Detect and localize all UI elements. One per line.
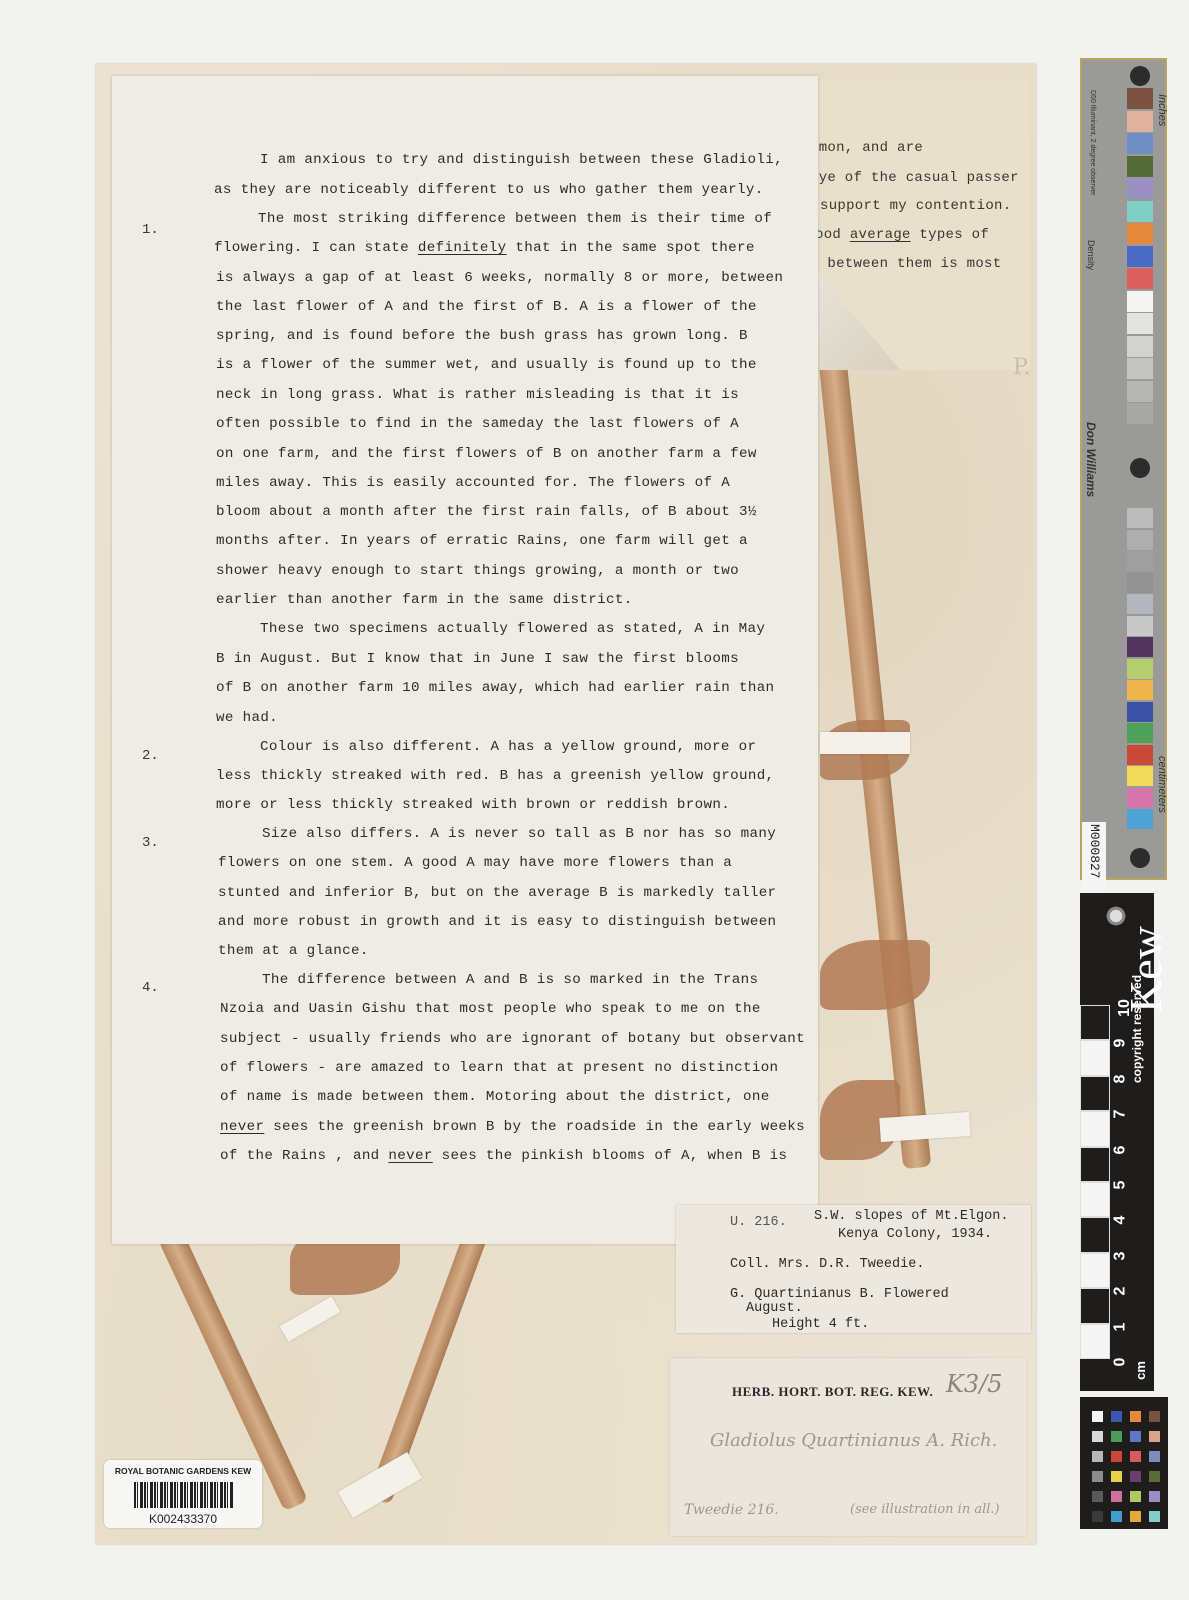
scale-digit: 5 — [1111, 1181, 1129, 1190]
checker-swatch — [1130, 1471, 1141, 1482]
letter-line: more or less thickly streaked with brown… — [216, 797, 730, 813]
letter-line: of B on another farm 10 miles away, whic… — [216, 680, 774, 696]
inches-label: Inches — [1156, 94, 1168, 126]
color-swatch — [1127, 530, 1153, 550]
letter-line: Colour is also different. A has a yellow… — [260, 739, 756, 755]
color-swatch — [1127, 246, 1153, 267]
checker-swatch — [1092, 1491, 1103, 1502]
scale-segment — [1080, 1111, 1110, 1146]
checker-swatch — [1130, 1491, 1141, 1502]
hole-icon — [1130, 848, 1150, 868]
scale-segment — [1080, 1147, 1110, 1182]
checker-swatch — [1149, 1511, 1160, 1522]
hole-icon — [1130, 458, 1150, 478]
scale-digit: 1 — [1111, 1322, 1129, 1331]
color-checker — [1080, 1397, 1168, 1529]
letter-line: and more robust in growth and it is easy… — [218, 914, 776, 930]
scale-digit: 4 — [1111, 1216, 1129, 1225]
checker-swatch — [1092, 1411, 1103, 1422]
checker-swatch — [1111, 1411, 1122, 1422]
density-label: Density — [1086, 240, 1096, 270]
letter-line: neck in long grass. What is rather misle… — [216, 387, 739, 403]
collection-label: U. 216. S.W. slopes of Mt.Elgon. Kenya C… — [676, 1205, 1031, 1333]
letter-line: months after. In years of erratic Rains,… — [216, 533, 748, 549]
scale-segment — [1080, 1324, 1110, 1359]
back-page-line: mmon, and are — [810, 140, 923, 156]
letter-line: less thickly streaked with red. B has a … — [216, 768, 774, 784]
checker-swatch — [1149, 1471, 1160, 1482]
color-swatch — [1127, 111, 1153, 132]
letter-line: them at a glance. — [218, 943, 369, 959]
scale-segment — [1080, 1182, 1110, 1217]
collector: Coll. Mrs. D.R. Tweedie. — [730, 1257, 924, 1272]
color-swatch — [1127, 702, 1153, 722]
handwritten-species-name: Gladiolus Quartinianus A. Rich. — [710, 1430, 997, 1451]
letter-line: never sees the greenish brown B by the r… — [220, 1119, 805, 1135]
letter-line: we had. — [216, 710, 278, 726]
determination-line-1: G. Quartinianus B. Flowered — [730, 1287, 949, 1302]
scale-digit: 6 — [1111, 1145, 1129, 1154]
checker-swatch — [1092, 1431, 1103, 1442]
illuminant-label: D50 Illuminant, 2 degree observer — [1089, 90, 1096, 195]
section-number: 3. — [142, 835, 159, 851]
section-number: 1. — [142, 222, 159, 238]
kew-scale-bar: Kew copyright reserved cm 012345678910 — [1080, 893, 1154, 1391]
section-number: 4. — [142, 980, 159, 996]
color-swatch — [1127, 766, 1153, 786]
scale-digit: 10 — [1116, 999, 1134, 1017]
color-swatch — [1127, 616, 1153, 636]
checker-swatch — [1092, 1451, 1103, 1462]
pencil-mark: P. — [1013, 355, 1030, 380]
checker-swatch — [1111, 1511, 1122, 1522]
checker-swatch — [1130, 1411, 1141, 1422]
color-swatch — [1127, 788, 1153, 808]
scale-segment — [1080, 1253, 1110, 1288]
letter-line: flowers on one stem. A good A may have m… — [218, 855, 732, 871]
color-swatch — [1127, 573, 1153, 593]
determination-line-2: August. — [746, 1301, 803, 1316]
checker-swatch — [1149, 1451, 1160, 1462]
color-swatch — [1127, 594, 1153, 614]
herbarium-label: HERB. HORT. BOT. REG. KEW. K3/5 Gladiolu… — [670, 1358, 1026, 1536]
color-calibration-bar: Inches centimeters D50 Illuminant, 2 deg… — [1080, 58, 1167, 880]
cm-label: cm — [1133, 1361, 1148, 1380]
back-page-line: eye of the casual passer — [810, 170, 1019, 186]
checker-swatch — [1092, 1471, 1103, 1482]
collector-number: U. 216. — [730, 1215, 787, 1230]
centimeters-label: centimeters — [1156, 756, 1168, 813]
color-swatch — [1127, 133, 1153, 154]
letter-line: as they are noticeably different to us w… — [214, 182, 764, 198]
letter-line: The most striking difference between the… — [258, 211, 772, 227]
scale-segment — [1080, 1005, 1110, 1040]
color-swatch — [1127, 403, 1153, 424]
color-swatch — [1127, 201, 1153, 222]
letter-line: of the Rains , and never sees the pinkis… — [220, 1148, 787, 1164]
scale-digit: 8 — [1111, 1074, 1129, 1083]
locality-line-2: Kenya Colony, 1934. — [838, 1227, 992, 1242]
scale-digit: 9 — [1111, 1039, 1129, 1048]
checker-swatch — [1149, 1491, 1160, 1502]
color-swatch — [1127, 637, 1153, 657]
back-page-line: support my contention. — [820, 198, 1011, 214]
color-swatch — [1127, 178, 1153, 199]
color-swatch — [1127, 223, 1153, 244]
letter-line: of name is made between them. Motoring a… — [220, 1089, 770, 1105]
scale-digit: 7 — [1111, 1110, 1129, 1119]
letter-line: The difference between A and B is so mar… — [262, 972, 758, 988]
scale-digit: 2 — [1111, 1287, 1129, 1296]
letter-line: These two specimens actually flowered as… — [260, 621, 765, 637]
checker-swatch — [1130, 1451, 1141, 1462]
hole-icon — [1130, 66, 1150, 86]
letter-line: stunted and inferior B, but on the avera… — [218, 885, 776, 901]
letter-line: spring, and is found before the bush gra… — [216, 328, 748, 344]
color-swatch — [1127, 381, 1153, 402]
letter-line: is always a gap of at least 6 weeks, nor… — [216, 270, 783, 286]
letter-line: flowering. I can state definitely that i… — [214, 240, 755, 256]
color-swatch — [1127, 268, 1153, 289]
copyright-label: copyright reserved — [1130, 975, 1144, 1083]
color-swatch — [1127, 336, 1153, 357]
section-number: 2. — [142, 748, 159, 764]
letter-line: the last flower of A and the first of B.… — [216, 299, 757, 315]
color-swatch — [1127, 680, 1153, 700]
letter-line: is a flower of the summer wet, and usual… — [216, 357, 757, 373]
color-swatch — [1127, 291, 1153, 312]
letter-line: miles away. This is easily accounted for… — [216, 475, 730, 491]
scale-segment — [1080, 1217, 1110, 1252]
letter-line: Nzoia and Uasin Gishu that most people w… — [220, 1001, 761, 1017]
color-swatch — [1127, 659, 1153, 679]
color-swatch — [1127, 745, 1153, 765]
locality-line-1: S.W. slopes of Mt.Elgon. — [814, 1209, 1008, 1224]
letter-line: of flowers - are amazed to learn that at… — [220, 1060, 778, 1076]
checker-swatch — [1111, 1491, 1122, 1502]
handwritten-note: (see illustration in all.) — [850, 1502, 1000, 1517]
back-page-line: ood average types of — [815, 227, 989, 243]
back-page-line: e between them is most — [810, 256, 1001, 272]
handwritten-collector: Tweedie 216. — [684, 1502, 779, 1518]
mounting-tape — [820, 732, 910, 754]
color-swatch — [1127, 809, 1153, 829]
scale-digit: 0 — [1111, 1358, 1129, 1367]
color-swatch — [1127, 508, 1153, 528]
letter-line: often possible to find in the sameday th… — [216, 416, 739, 432]
letter-line: B in August. But I know that in June I s… — [216, 651, 739, 667]
checker-swatch — [1130, 1431, 1141, 1442]
checker-swatch — [1111, 1471, 1122, 1482]
color-swatch — [1127, 156, 1153, 177]
scale-segment — [1080, 1040, 1110, 1075]
plant-leaf — [820, 940, 930, 1010]
color-swatch — [1127, 358, 1153, 379]
checker-swatch — [1111, 1451, 1122, 1462]
letter-line: on one farm, and the first flowers of B … — [216, 446, 757, 462]
scale-digit: 3 — [1111, 1251, 1129, 1260]
letter-line: I am anxious to try and distinguish betw… — [260, 152, 783, 168]
determination-line-3: Height 4 ft. — [772, 1317, 869, 1332]
barcode-icon — [134, 1482, 234, 1508]
color-swatch — [1127, 313, 1153, 334]
scale-segment — [1080, 1288, 1110, 1323]
colorbar-id: M000827 — [1082, 822, 1106, 890]
handwritten-code: K3/5 — [946, 1370, 1003, 1398]
color-swatch — [1127, 551, 1153, 571]
letter-line: subject - usually friends who are ignora… — [220, 1031, 805, 1047]
barcode-label: ROYAL BOTANIC GARDENS KEW K002433370 — [104, 1460, 262, 1528]
color-swatch — [1127, 88, 1153, 109]
checker-swatch — [1130, 1511, 1141, 1522]
color-swatch — [1127, 723, 1153, 743]
barcode-organization: ROYAL BOTANIC GARDENS KEW — [104, 1466, 262, 1476]
letter-line: shower heavy enough to start things grow… — [216, 563, 739, 579]
letter-line: Size also differs. A is never so tall as… — [262, 826, 776, 842]
typed-letter: I am anxious to try and distinguish betw… — [112, 76, 818, 1244]
checker-swatch — [1092, 1511, 1103, 1522]
letter-line: bloom about a month after the first rain… — [216, 504, 757, 520]
brand-label: Don Williams — [1084, 422, 1098, 497]
barcode-number: K002433370 — [104, 1512, 262, 1526]
scale-segment — [1080, 1076, 1110, 1111]
checker-swatch — [1149, 1431, 1160, 1442]
herbarium-title: HERB. HORT. BOT. REG. KEW. — [732, 1384, 933, 1400]
checker-swatch — [1149, 1411, 1160, 1422]
letter-line: earlier than another farm in the same di… — [216, 592, 633, 608]
checker-swatch — [1111, 1431, 1122, 1442]
